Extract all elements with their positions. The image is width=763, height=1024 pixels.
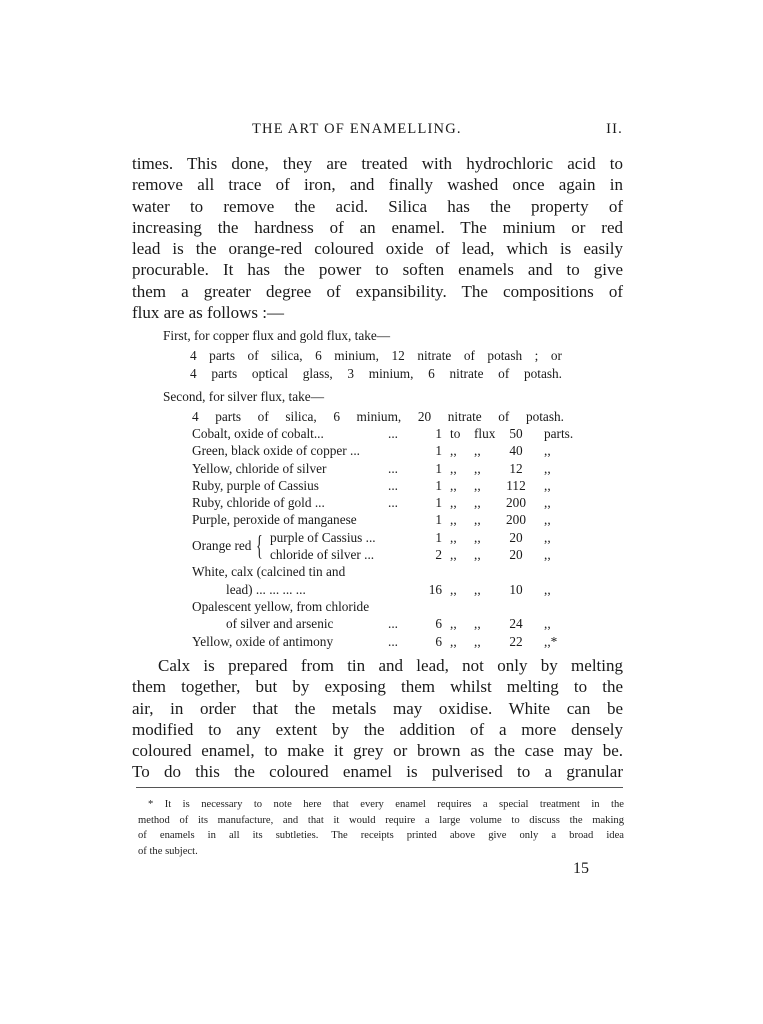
- footnote-line: * It is necessary to note here that ever…: [138, 797, 624, 813]
- text-line: remove all trace of iron, and finally wa…: [132, 174, 623, 195]
- footnote-rule: [136, 787, 623, 788]
- table-row: Ruby, chloride of gold ... ... 1 ,, ,, 2…: [192, 495, 572, 512]
- book-page: THE ART OF ENAMELLING. II. times. This d…: [0, 0, 763, 1024]
- ditto-mark: ,,: [450, 478, 457, 494]
- part-flux: 20: [496, 547, 536, 563]
- ditto-mark: ,,: [474, 443, 481, 459]
- part-oxide: 6: [420, 634, 442, 650]
- part-flux: 50: [496, 426, 536, 442]
- ditto-mark: ,,: [450, 634, 457, 650]
- table-row: Purple, peroxide of manganese 1 ,, ,, 20…: [192, 512, 572, 529]
- ditto-mark: ,,: [544, 547, 551, 563]
- word-flux: flux: [474, 426, 495, 442]
- paragraph-calx: Calx is prepared from tin and lead, not …: [132, 655, 623, 783]
- part-flux: 200: [496, 495, 536, 511]
- footnote-line: of enamels in all its subtleties. The re…: [138, 828, 624, 844]
- ditto-mark: ,,: [450, 512, 457, 528]
- recipe-first-heading: First, for copper flux and gold flux, ta…: [163, 327, 390, 345]
- text-line: increasing the hardness of an enamel. Th…: [132, 217, 623, 238]
- ditto-mark: ,,: [450, 530, 457, 546]
- recipe-line: 4 parts optical glass, 3 minium, 6 nitra…: [190, 365, 562, 383]
- part-oxide: 1: [420, 461, 442, 477]
- part-oxide: 1: [420, 426, 442, 442]
- ditto-mark: ,,: [474, 530, 481, 546]
- leader-dots: ...: [388, 461, 398, 477]
- ditto-mark: ,,: [544, 495, 551, 511]
- word-to: to: [450, 426, 460, 442]
- ditto-mark: ,,: [544, 582, 551, 598]
- colour-name: Ruby, purple of Cassius: [192, 478, 319, 494]
- ditto-mark: ,,: [450, 495, 457, 511]
- colour-name: chloride of silver ...: [270, 547, 374, 563]
- ditto-mark: ,,: [474, 547, 481, 563]
- colour-name: Opalescent yellow, from chloride: [192, 599, 369, 615]
- part-oxide: 1: [420, 530, 442, 546]
- text-line: water to remove the acid. Silica has the…: [132, 196, 623, 217]
- part-flux: 22: [496, 634, 536, 650]
- colour-name: Cobalt, oxide of cobalt...: [192, 426, 324, 442]
- part-flux: 20: [496, 530, 536, 546]
- ditto-mark: ,,: [474, 495, 481, 511]
- text-line: To do this the coloured enamel is pulver…: [132, 761, 623, 782]
- text-line: them a greater degree of expansibility. …: [132, 281, 623, 302]
- ditto-mark: ,,: [474, 616, 481, 632]
- part-oxide: 2: [420, 547, 442, 563]
- leader-dots: ...: [388, 495, 398, 511]
- colour-name: Green, black oxide of copper ...: [192, 443, 360, 459]
- footnote-line: of the subject.: [138, 844, 624, 860]
- ditto-mark: ,,: [544, 512, 551, 528]
- footnote-line: method of its manufacture, and that it w…: [138, 813, 624, 829]
- part-flux: 112: [496, 478, 536, 494]
- leader-dots: ...: [388, 426, 398, 442]
- word-parts: parts.: [544, 426, 573, 442]
- text-line: coloured enamel, to make it grey or brow…: [132, 740, 623, 761]
- part-flux: 40: [496, 443, 536, 459]
- footnote: * It is necessary to note here that ever…: [138, 797, 624, 859]
- part-flux: 10: [496, 582, 536, 598]
- colour-name: White, calx (calcined tin and: [192, 564, 345, 580]
- leader-dots: ...: [388, 478, 398, 494]
- ditto-mark: ,,: [474, 634, 481, 650]
- recipe-second-heading: Second, for silver flux, take—: [163, 388, 324, 406]
- text-line: lead is the orange-red coloured oxide of…: [132, 238, 623, 259]
- running-head-title: THE ART OF ENAMELLING.: [252, 121, 462, 138]
- colour-name-continued: of silver and arsenic: [226, 616, 333, 632]
- table-row: chloride of silver ... 2 ,, ,, 20 ,,: [192, 547, 572, 564]
- table-row: Green, black oxide of copper ... 1 ,, ,,…: [192, 443, 572, 460]
- paragraph-flux-materials: times. This done, they are treated with …: [132, 153, 623, 323]
- part-oxide: 6: [420, 616, 442, 632]
- text-line: times. This done, they are treated with …: [132, 153, 623, 174]
- part-oxide: 1: [420, 495, 442, 511]
- leader-dots: ...: [388, 616, 398, 632]
- text-line: air, in order that the metals may oxidis…: [132, 698, 623, 719]
- ditto-mark-with-footnote: ,,*: [544, 634, 557, 650]
- table-row: Yellow, chloride of silver ... 1 ,, ,, 1…: [192, 461, 572, 478]
- text-line: flux are as follows :—: [132, 302, 623, 323]
- table-row: Opalescent yellow, from chloride: [192, 599, 572, 616]
- part-flux: 24: [496, 616, 536, 632]
- part-flux: 12: [496, 461, 536, 477]
- colour-name: Ruby, chloride of gold ...: [192, 495, 325, 511]
- recipe-line: 4 parts of silica, 6 minium, 12 nitrate …: [190, 347, 562, 365]
- ditto-mark: ,,: [544, 616, 551, 632]
- ditto-mark: ,,: [450, 461, 457, 477]
- text-line: them together, but by exposing them whil…: [132, 676, 623, 697]
- part-flux: 200: [496, 512, 536, 528]
- ditto-mark: ,,: [544, 530, 551, 546]
- orange-red-group: Orange red { purple of Cassius ... 1 ,, …: [192, 530, 572, 565]
- table-row: Cobalt, oxide of cobalt... ... 1 to flux…: [192, 426, 572, 443]
- text-line: modified to any extent by the addition o…: [132, 719, 623, 740]
- part-oxide: 1: [420, 443, 442, 459]
- table-row: purple of Cassius ... 1 ,, ,, 20 ,,: [192, 530, 572, 547]
- text-line: procurable. It has the power to soften e…: [132, 259, 623, 280]
- part-oxide: 1: [420, 478, 442, 494]
- ditto-mark: ,,: [474, 582, 481, 598]
- table-row: lead) ... ... ... ... 16 ,, ,, 10 ,,: [192, 582, 572, 599]
- page-number: 15: [573, 860, 589, 878]
- running-head: THE ART OF ENAMELLING. II.: [132, 121, 623, 141]
- colour-name-continued: lead) ... ... ... ...: [226, 582, 306, 598]
- ditto-mark: ,,: [474, 512, 481, 528]
- ditto-mark: ,,: [474, 478, 481, 494]
- ditto-mark: ,,: [474, 461, 481, 477]
- chapter-number: II.: [606, 121, 623, 138]
- ditto-mark: ,,: [544, 478, 551, 494]
- colour-name: Yellow, chloride of silver: [192, 461, 326, 477]
- part-oxide: 1: [420, 512, 442, 528]
- leader-dots: ...: [388, 634, 398, 650]
- table-row: White, calx (calcined tin and: [192, 564, 572, 581]
- ditto-mark: ,,: [450, 547, 457, 563]
- colour-name: purple of Cassius ...: [270, 530, 376, 546]
- table-row: of silver and arsenic ... 6 ,, ,, 24 ,,: [192, 616, 572, 633]
- part-oxide: 16: [420, 582, 442, 598]
- ditto-mark: ,,: [450, 616, 457, 632]
- recipe-line: 4 parts of silica, 6 minium, 20 nitrate …: [192, 408, 564, 426]
- ditto-mark: ,,: [450, 582, 457, 598]
- ditto-mark: ,,: [544, 443, 551, 459]
- text-line: Calx is prepared from tin and lead, not …: [132, 655, 623, 676]
- ditto-mark: ,,: [544, 461, 551, 477]
- ditto-mark: ,,: [450, 443, 457, 459]
- colour-name: Purple, peroxide of manganese: [192, 512, 357, 528]
- colour-recipe-table: Cobalt, oxide of cobalt... ... 1 to flux…: [192, 426, 572, 651]
- table-row: Yellow, oxide of antimony ... 6 ,, ,, 22…: [192, 634, 572, 651]
- colour-name: Yellow, oxide of antimony: [192, 634, 333, 650]
- table-row: Ruby, purple of Cassius ... 1 ,, ,, 112 …: [192, 478, 572, 495]
